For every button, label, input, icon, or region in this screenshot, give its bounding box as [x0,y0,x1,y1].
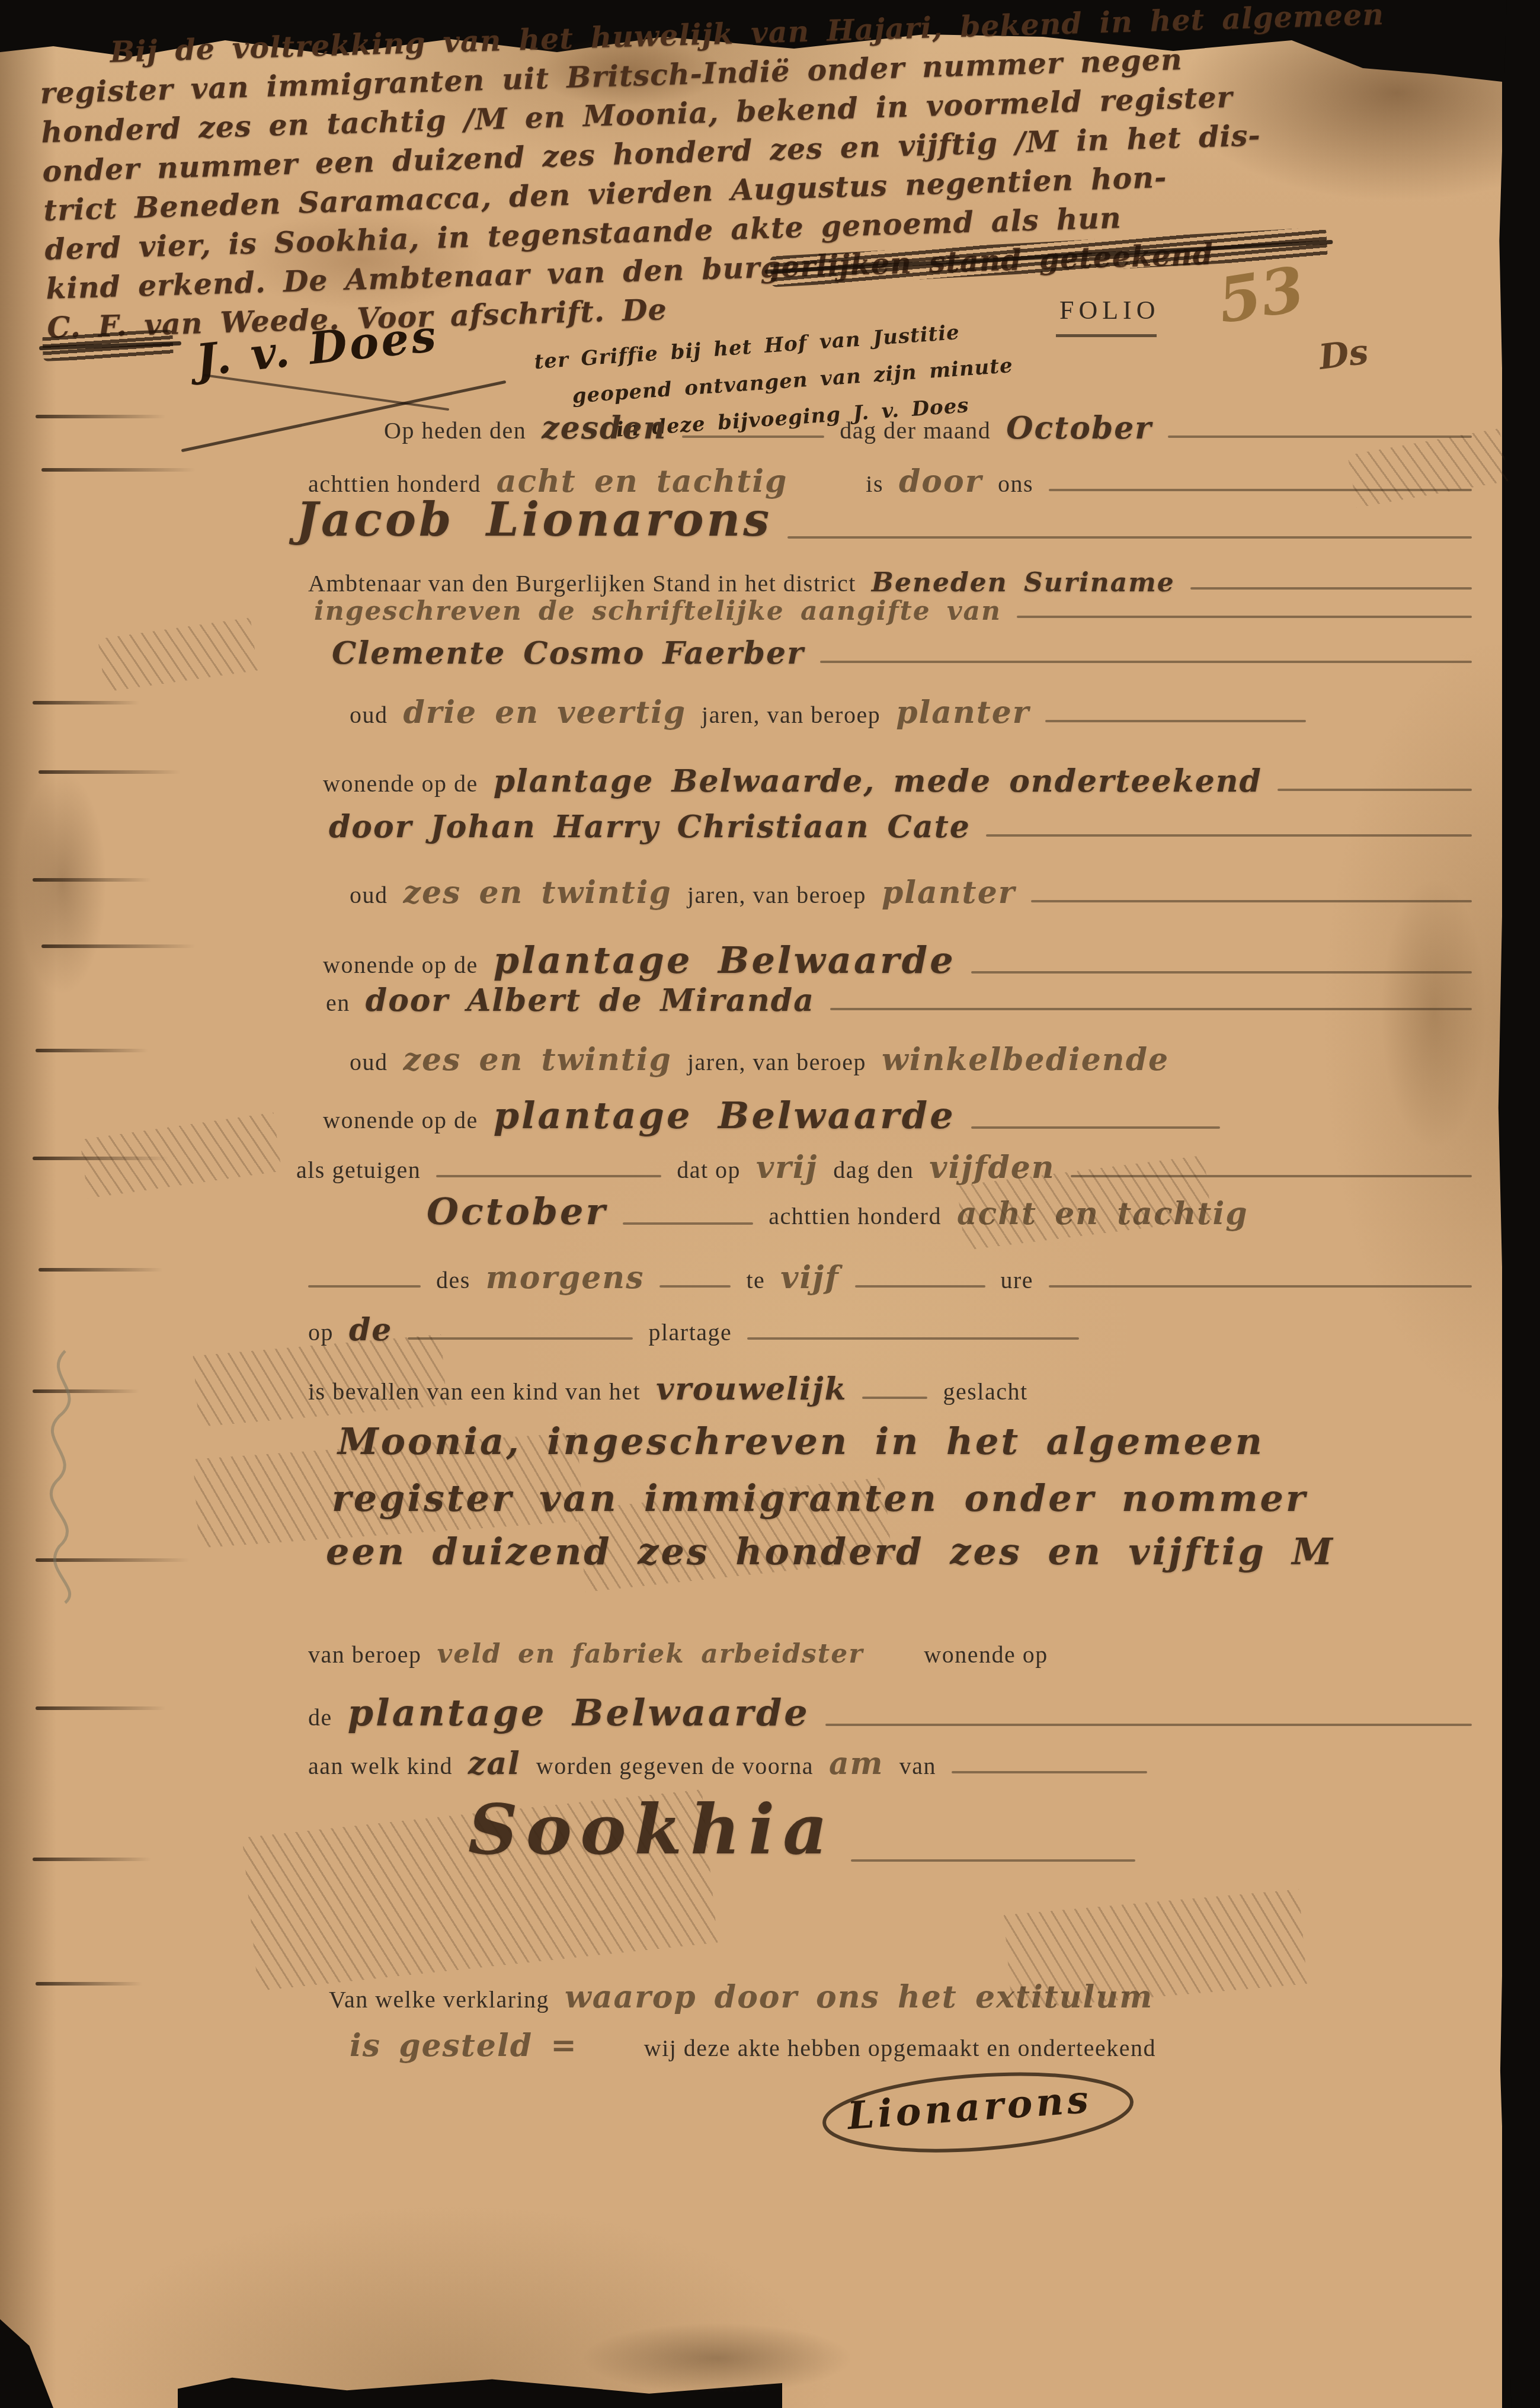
printed-text: wonende op de [323,770,478,798]
act-line-birth-place: op de plartage [308,1312,1472,1348]
handwritten-witness-name: door Albert de Miranda [366,982,815,1019]
ruled-line [862,1397,927,1399]
handwritten-profession: planter [896,694,1030,731]
ruled-line [1190,587,1472,590]
act-line-child-sex: is bevallen van een kind van het vrouwel… [308,1371,1472,1407]
printed-text: dat op [677,1156,741,1184]
act-line-mother-3: een duizend zes honderd zes en vijftig M [326,1530,1472,1573]
printed-text: oud [350,881,388,909]
bleed-mark [36,415,166,418]
act-line-declaration-2: is gesteld = wij deze akte hebben opgema… [350,2028,1472,2064]
paper-stain [18,770,107,995]
printed-text: des [436,1266,470,1294]
registrar-signature: Lionarons [846,2077,1093,2139]
ruled-line [855,1285,985,1288]
handwritten-age: zes en twintig [404,1042,672,1078]
bleed-mark [33,878,151,882]
ruled-line [830,1008,1472,1010]
act-line-mother-profession: van beroep veld en fabriek arbeidster wo… [308,1639,1472,1669]
ruled-line [971,971,1472,974]
act-line-age-3: oud zes en twintig jaren, van beroep win… [350,1042,1472,1078]
printed-text: ure [1001,1266,1034,1294]
ruled-line [787,536,1472,539]
act-line-witness-2: en door Albert de Miranda [326,982,1472,1019]
handwritten-registrar-name: Jacob Lionarons [296,493,772,547]
handwritten-month: October [427,1190,607,1233]
act-line-registrar-name: Jacob Lionarons [296,493,1472,547]
printed-text: wonende op de [323,1106,478,1134]
printed-text: achttien honderd [769,1202,942,1230]
handwritten-daypart: morgens [486,1260,645,1296]
handwritten-hour: vijf [780,1260,839,1296]
handwritten-residence: plantage Belwaarde [494,1094,956,1137]
act-line-mother-residence: de plantage Belwaarde [308,1691,1472,1734]
handwritten-residence: plantage Belwaarde [494,939,956,982]
printed-text: oud [350,701,388,729]
ruled-line [986,834,1472,837]
ruled-line [623,1222,753,1225]
act-line-district: Ambtenaar van den Burgerlijken Stand in … [308,568,1472,598]
act-line-residence-3: wonende op de plantage Belwaarde [323,1094,1472,1137]
printed-text: dag der maand [840,417,991,444]
ruled-line [1017,616,1472,618]
bleed-mark [36,1049,148,1052]
ruled-line [825,1724,1472,1726]
printed-text: jaren, van beroep [702,701,881,729]
act-line-residence-1: wonende op de plantage Belwaarde, mede o… [323,763,1472,799]
handwritten-day: zesden [542,410,667,446]
ruled-line [820,661,1472,663]
ruled-line [682,436,824,438]
handwritten-residence: plantage Belwaarde [348,1691,810,1734]
printed-text: Van welke verklaring [329,1986,549,2013]
handwritten-residence: plantage Belwaarde, mede onderteekend [494,763,1262,799]
spacer [879,1658,908,1661]
printed-text: aan welk kind [308,1752,453,1780]
handwritten-district: Beneden Suriname [872,568,1175,598]
folio-mark: Ds [1317,331,1371,377]
printed-text: Op heden den [384,417,526,444]
bleed-mark [33,1858,151,1861]
printed-text: te [746,1266,765,1294]
ruled-line [971,1126,1220,1129]
printed-text: Ambtenaar van den Burgerlijken Stand in … [308,569,856,597]
printed-text: worden gegeven de voorna [536,1752,814,1780]
bleed-mark [39,770,181,774]
handwritten-text: ingeschreven de schriftelijke aangifte v… [314,596,1001,626]
printed-text: en [326,989,350,1017]
ruled-line [1049,1285,1472,1288]
paper-stain [581,2323,853,2394]
printed-text: jaren, van beroep [687,1048,866,1076]
act-line-age-2: oud zes en twintig jaren, van beroep pla… [350,875,1472,911]
bleed-mark [41,944,196,948]
act-line-age-1: oud drie en veertig jaren, van beroep pl… [350,694,1472,731]
printed-text: dag den [833,1156,914,1184]
handwritten-text: is gesteld = [350,2028,578,2064]
bleed-mark [39,1268,163,1272]
printed-text: oud [350,1048,388,1076]
handwritten-word: zal [468,1746,521,1782]
spacer [803,489,850,491]
printed-text: van [899,1752,936,1780]
act-line-birth-month: October achttien honderd acht en tachtig [427,1190,1472,1233]
ruled-line [747,1337,1079,1340]
bleed-mark [41,468,196,472]
act-line-date: Op heden den zesden dag der maand Octobe… [384,410,1472,446]
ruled-line [1168,436,1472,438]
handwritten-sex: vrouwelijk [656,1371,847,1407]
printed-text: als getuigen [296,1156,421,1184]
ruled-line [1278,789,1472,791]
folio-label: FOLIO [1059,296,1160,325]
handwritten-month: October [1006,410,1152,446]
ruled-line [1031,900,1472,902]
act-line-inscription: ingeschreven de schriftelijke aangifte v… [314,596,1472,626]
act-line-residence-2: wonende op de plantage Belwaarde [323,939,1472,982]
ruled-line [952,1771,1147,1773]
printed-text: wonende op [924,1641,1048,1669]
printed-text: geslacht [943,1378,1027,1405]
act-line-witnesses-date: als getuigen dat op vrij dag den vijfden [296,1149,1472,1186]
handwritten-profession: veld en fabriek arbeidster [437,1639,864,1669]
bleed-mark [33,701,139,705]
handwritten-declarant-name: Clemente Cosmo Faerber [332,635,805,671]
ruled-line [1045,720,1306,722]
printed-text: plartage [648,1318,732,1346]
handwritten-age: zes en twintig [404,875,672,911]
folio-rule [1056,334,1157,337]
ruled-line [659,1285,731,1288]
ruled-line [308,1285,421,1288]
handwritten-profession: planter [882,875,1016,911]
act-line-child-name-intro: aan welk kind zal worden gegeven de voor… [308,1746,1472,1782]
folio-number: 53 [1213,252,1309,337]
printed-text: wonende op de [323,951,478,979]
handwritten-witness-name: door Johan Harry Christiaan Cate [329,809,971,845]
printed-text: op [308,1318,334,1346]
act-line-declaration-1: Van welke verklaring waarop door ons het… [329,1979,1472,2015]
bleed-mark [36,1982,142,1986]
handwritten-age: drie en veertig [404,694,687,731]
printed-text: jaren, van beroep [687,881,866,909]
ruled-line [436,1175,661,1177]
act-line-witness-1: door Johan Harry Christiaan Cate [329,809,1472,845]
bleed-mark [36,1706,166,1710]
handwritten-suffix: am [829,1746,884,1782]
pencil-annotation [18,1339,113,1612]
ruled-line [851,1859,1135,1862]
ruled-line [408,1337,633,1340]
folio-block: FOLIO 53 Ds [1059,295,1160,325]
act-line-birth-time: des morgens te vijf ure [308,1260,1472,1296]
printed-text: van beroep [308,1641,422,1669]
handwritten-profession: winkelbediende [882,1042,1169,1078]
act-line-declarant: Clemente Cosmo Faerber [332,635,1472,671]
printed-text: de [308,1703,332,1731]
handwritten-weekday: vrij [756,1149,818,1186]
spacer [593,2053,629,2055]
